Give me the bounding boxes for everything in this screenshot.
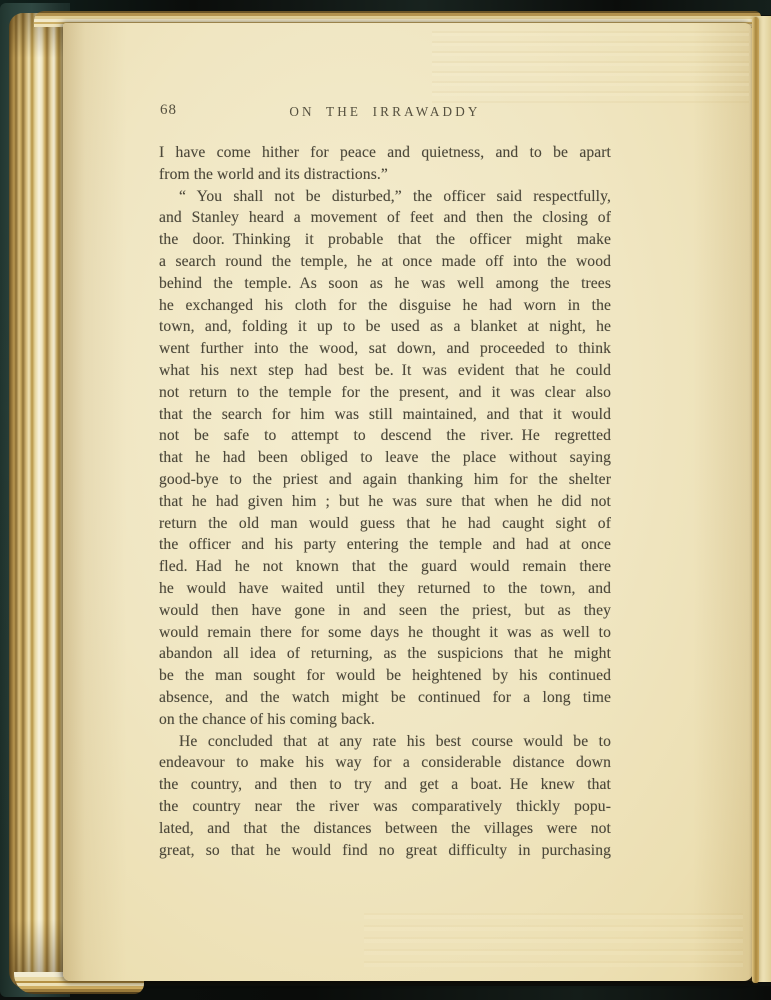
running-header-title: ON THE IRRAWADDY bbox=[159, 104, 611, 120]
text-line: what his next step had best be. It was e… bbox=[159, 360, 611, 382]
text-line: the door. Thinking it probable that the … bbox=[159, 229, 611, 251]
text-line: He concluded that at any rate his best c… bbox=[159, 731, 611, 753]
page-edge-streaks-top bbox=[432, 31, 749, 103]
text-line: the officer and his party entering the t… bbox=[159, 534, 611, 556]
page-edge-streaks-bottom bbox=[364, 913, 744, 971]
text-line: from the world and its distractions.” bbox=[159, 164, 611, 186]
book-scan-photo: 68 ON THE IRRAWADDY I have come hither f… bbox=[0, 0, 771, 1000]
text-line: town, and, folding it up to be used as a… bbox=[159, 316, 611, 338]
text-line: he exchanged his cloth for the disguise … bbox=[159, 295, 611, 317]
text-line: he would have waited until they returned… bbox=[159, 578, 611, 600]
text-line: behind the temple. As soon as he was wel… bbox=[159, 273, 611, 295]
underlying-page-sliver bbox=[757, 16, 771, 982]
text-line: that he had given him ; but he was sure … bbox=[159, 491, 611, 513]
page-sheet: 68 ON THE IRRAWADDY I have come hither f… bbox=[63, 23, 753, 981]
text-line: “ You shall not be disturbed,” the offic… bbox=[159, 186, 611, 208]
text-line: abandon all idea of returning, as the su… bbox=[159, 643, 611, 665]
text-line: lated, and that the distances between th… bbox=[159, 818, 611, 840]
text-line: not be safe to attempt to descend the ri… bbox=[159, 425, 611, 447]
text-line: be the man sought for would be heightene… bbox=[159, 665, 611, 687]
text-line: on the chance of his coming back. bbox=[159, 709, 611, 731]
text-line: that he had been obliged to leave the pl… bbox=[159, 447, 611, 469]
text-line: the country, and then to try and get a b… bbox=[159, 774, 611, 796]
text-line: that the search for him was still mainta… bbox=[159, 404, 611, 426]
text-line: would then have gone in and seen the pri… bbox=[159, 600, 611, 622]
text-line: I have come hither for peace and quietne… bbox=[159, 142, 611, 164]
text-line: the country near the river was comparati… bbox=[159, 796, 611, 818]
text-line: and Stanley heard a movement of feet and… bbox=[159, 207, 611, 229]
text-line: return the old man would guess that he h… bbox=[159, 513, 611, 535]
text-line: fled. Had he not known that the guard wo… bbox=[159, 556, 611, 578]
stacked-page-edges-left bbox=[9, 13, 66, 989]
text-line: endeavour to make his way for a consider… bbox=[159, 752, 611, 774]
text-line: went further into the wood, sat down, an… bbox=[159, 338, 611, 360]
text-line: a search round the temple, he at once ma… bbox=[159, 251, 611, 273]
text-line: good-bye to the priest and again thankin… bbox=[159, 469, 611, 491]
text-line: not return to the temple for the present… bbox=[159, 382, 611, 404]
fore-edge-shadow bbox=[693, 23, 753, 981]
text-line: great, so that he would find no great di… bbox=[159, 840, 611, 862]
text-column: I have come hither for peace and quietne… bbox=[159, 142, 611, 861]
gutter-shadow bbox=[63, 23, 133, 981]
page-fore-edge-line bbox=[752, 17, 759, 983]
running-header-row: 68 ON THE IRRAWADDY bbox=[159, 101, 611, 121]
text-line: would remain there for some days he thou… bbox=[159, 622, 611, 644]
text-line: absence, and the watch might be continue… bbox=[159, 687, 611, 709]
